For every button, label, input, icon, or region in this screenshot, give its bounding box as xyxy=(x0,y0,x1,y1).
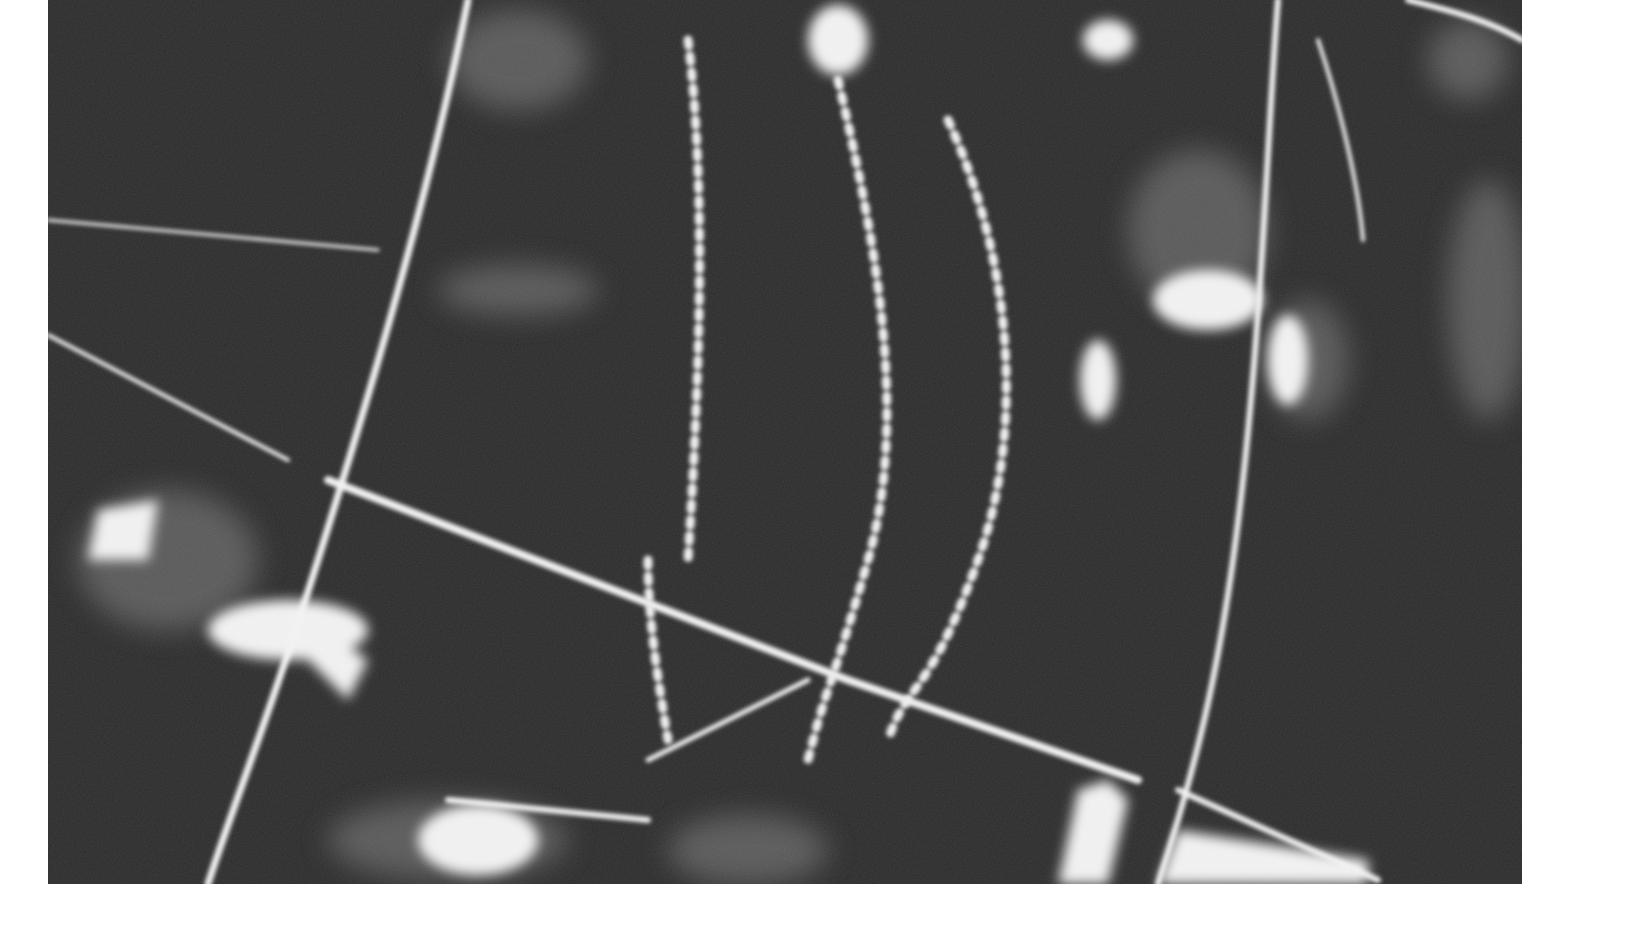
photo-tracks xyxy=(48,0,1522,884)
page-margin xyxy=(0,884,1650,930)
scanned-photo xyxy=(48,0,1522,884)
